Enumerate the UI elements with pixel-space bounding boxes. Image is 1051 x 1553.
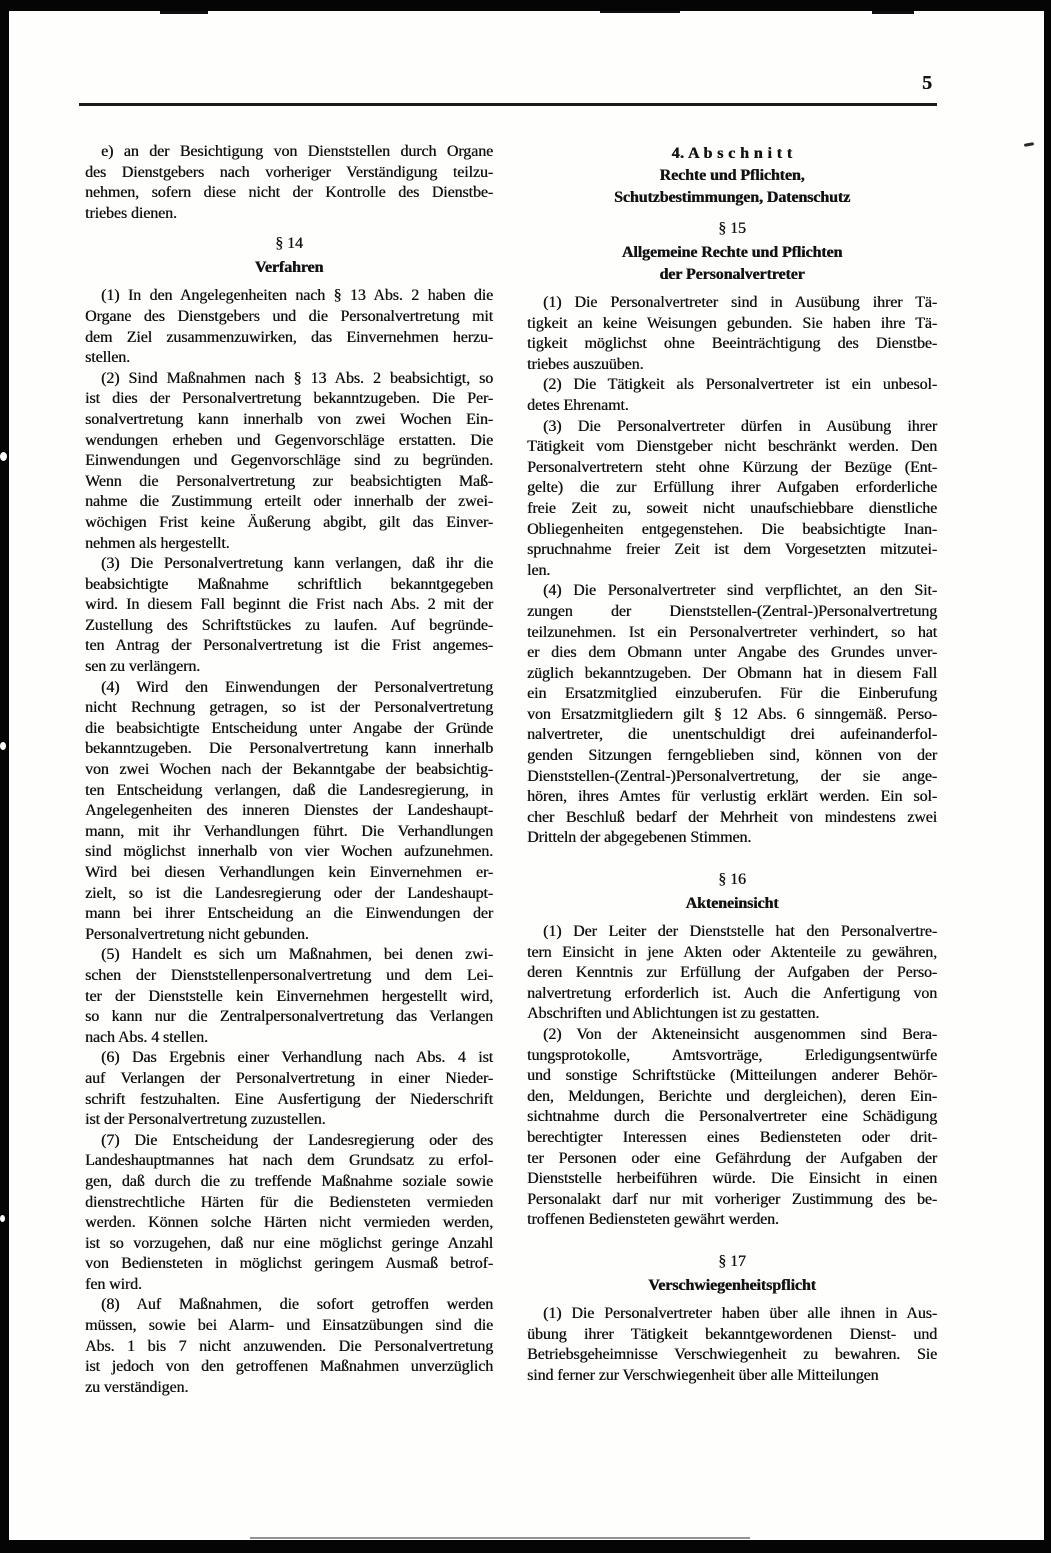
text-line: ist dies der Personalvertretung bekanntz… — [85, 389, 493, 410]
section-title: Akteneinsicht — [527, 893, 937, 915]
left-column: e) an der Besichtigung von Dienststellen… — [85, 142, 493, 1398]
text-line: sonalvertretung kann innerhalb von zwei … — [85, 410, 493, 431]
text-line: den, Meldungen, Berichte und dergleichen… — [527, 1087, 937, 1108]
text-line: ten Antrag der Personalvertretung ist di… — [85, 636, 493, 657]
scan-speck — [872, 11, 914, 14]
scan-speck — [160, 11, 208, 14]
text-line: wöchigen Frist keine Äußerung abgibt, gi… — [85, 513, 493, 534]
paragraph: (4) Die Personalvertreter sind verpflich… — [527, 581, 937, 849]
text-line: ter Personen oder eine Gefährdung der Au… — [527, 1149, 937, 1170]
page-number: 5 — [922, 72, 932, 95]
paragraph: (1) Die Personalvertreter haben über all… — [527, 1304, 937, 1386]
paragraph: (2) Von der Akteneinsicht ausgenommen si… — [527, 1025, 937, 1231]
scan-speck — [600, 11, 680, 13]
scan-notch — [0, 1215, 5, 1222]
text-line: Wird bei diesen Verhandlungen kein Einve… — [85, 863, 493, 884]
text-line: ist jedoch von den getroffenen Maßnahmen… — [85, 1357, 493, 1378]
text-line: Personalvertretern steht ohne Kürzung de… — [527, 458, 937, 479]
scan-notch — [0, 742, 6, 750]
text-line: zungen der Dienststellen-(Zentral-)Perso… — [527, 602, 937, 623]
text-line: mann bei ihrer Entscheidung an die Einwe… — [85, 904, 493, 925]
text-line: von Ersatzmitgliedern gilt § 12 Abs. 6 s… — [527, 705, 937, 726]
text-line: Landeshauptmannes hat nach dem Grundsatz… — [85, 1151, 493, 1172]
text-line: züglich bekanntzugeben. Der Obmann hat i… — [527, 664, 937, 685]
text-line: len. — [527, 561, 937, 582]
scan-notch — [0, 452, 7, 461]
heading-line: Verfahren — [85, 257, 493, 279]
scan-edge-right — [1044, 0, 1051, 1553]
text-line: (2) Die Tätigkeit als Personalvertreter … — [527, 375, 937, 396]
text-line: zu verständigen. — [85, 1378, 493, 1399]
document-page: 5 e) an der Besichtigung von Dienststell… — [0, 0, 1051, 1553]
text-line: detes Ehrenamt. — [527, 396, 937, 417]
text-line: teilzunehmen. Ist ein Personalvertreter … — [527, 623, 937, 644]
text-line: (3) Die Personalvertretung kann verlange… — [85, 554, 493, 575]
text-line: wird. In diesem Fall beginnt die Frist n… — [85, 595, 493, 616]
section-number: § 14 — [85, 233, 493, 255]
section-number: § 17 — [527, 1251, 937, 1273]
paragraph: (8) Auf Maßnahmen, die sofort getroffen … — [85, 1295, 493, 1398]
text-line: gelte) die zur Erfüllung ihrer Aufgaben … — [527, 478, 937, 499]
text-line: Personalvertretung nicht gebunden. — [85, 925, 493, 946]
section-title: Rechte und Pflichten,Schutzbestimmungen,… — [527, 165, 937, 209]
text-line: (7) Die Entscheidung der Landesregierung… — [85, 1131, 493, 1152]
text-line: wendungen erheben und Gegenvorschläge er… — [85, 431, 493, 452]
paragraph: e) an der Besichtigung von Dienststellen… — [85, 142, 493, 224]
text-line: sind möglichst innerhalb von vier Wochen… — [85, 842, 493, 863]
paragraph: (4) Wird den Einwendungen der Personalve… — [85, 678, 493, 946]
text-line: werden. Können solche Härten nicht vermi… — [85, 1213, 493, 1234]
text-line: auf Verlangen der Personalvertretung in … — [85, 1069, 493, 1090]
text-line: schrift festzuhalten. Eine Ausfertigung … — [85, 1090, 493, 1111]
text-line: sind ferner zur Verschwiegenheit über al… — [527, 1366, 937, 1387]
text-line: hören, ihres Amtes für verlustig erklärt… — [527, 787, 937, 808]
text-line: triebes auszuüben. — [527, 355, 937, 376]
text-line: ten Entscheidung verlangen, daß die Land… — [85, 781, 493, 802]
text-line: schen der Dienststellenpersonalvertretun… — [85, 966, 493, 987]
text-line: so kann nur die Zentralpersonalvertretun… — [85, 1007, 493, 1028]
text-line: nalvertretung erforderlich ist. Auch die… — [527, 984, 937, 1005]
text-line: Personalakt darf nur mit vorheriger Zust… — [527, 1190, 937, 1211]
text-line: Betriebsgeheimnisse Verschwiegenheit zu … — [527, 1345, 937, 1366]
text-line: übung ihrer Tätigkeit bekanntgewordenen … — [527, 1325, 937, 1346]
text-line: nicht Rechnung getragen, so ist der Pers… — [85, 698, 493, 719]
text-line: Abs. 1 bis 7 nicht anzuwenden. Die Perso… — [85, 1337, 493, 1358]
heading-line: Schutzbestimmungen, Datenschutz — [527, 187, 937, 209]
text-line: Abschriften und Ablichtungen ist zu gest… — [527, 1004, 937, 1025]
text-line: (8) Auf Maßnahmen, die sofort getroffen … — [85, 1295, 493, 1316]
chapter-heading: 4. A b s c h n i t t — [527, 142, 937, 165]
text-line: und sonstige Schriftstücke (Mitteilungen… — [527, 1066, 937, 1087]
paragraph: (2) Die Tätigkeit als Personalvertreter … — [527, 375, 937, 416]
text-line: von zwei Wochen nach der Bekanntgabe der… — [85, 760, 493, 781]
text-line: ein Ersatzmitglied einzuberufen. Für die… — [527, 684, 937, 705]
paragraph: (3) Die Personalvertreter dürfen in Ausü… — [527, 417, 937, 582]
text-line: mann, mit ihr Verhandlungen führt. Die V… — [85, 822, 493, 843]
text-line: er dies dem Obmann unter Angabe des Grun… — [527, 643, 937, 664]
text-line: (1) Die Personalvertreter sind in Ausübu… — [527, 293, 937, 314]
text-line: cher Beschluß bedarf der Mehrheit von mi… — [527, 808, 937, 829]
text-line: (1) Der Leiter der Dienststelle hat den … — [527, 922, 937, 943]
text-line: triebes dienen. — [85, 204, 493, 225]
scan-speck — [250, 1537, 750, 1539]
scan-edge-top — [0, 0, 1051, 11]
paragraph: (2) Sind Maßnahmen nach § 13 Abs. 2 beab… — [85, 369, 493, 554]
right-column: 4. A b s c h n i t tRechte und Pflichten… — [527, 142, 937, 1386]
text-line: nach Abs. 4 stellen. — [85, 1028, 493, 1049]
text-line: (5) Handelt es sich um Maßnahmen, bei de… — [85, 945, 493, 966]
text-line: nehmen, sofern diese nicht der Kontrolle… — [85, 183, 493, 204]
text-line: genden Sitzungen ferngeblieben sind, kön… — [527, 746, 937, 767]
text-line: stellen. — [85, 348, 493, 369]
text-line: Dienststelle herbeiführen würde. Die Ein… — [527, 1169, 937, 1190]
text-line: Dritteln der abgegebenen Stimmen. — [527, 828, 937, 849]
text-line: tern Einsicht in jene Akten oder Aktente… — [527, 943, 937, 964]
heading-line: Allgemeine Rechte und Pflichten — [527, 242, 937, 264]
text-line: ist der Personalvertretung zuzustellen. — [85, 1110, 493, 1131]
text-line: (1) Die Personalvertreter haben über all… — [527, 1304, 937, 1325]
text-line: (3) Die Personalvertreter dürfen in Ausü… — [527, 417, 937, 438]
text-line: ter der Dienststelle kein Einvernehmen h… — [85, 987, 493, 1008]
text-line: tungsprotokolle, Amtsvorträge, Erledigun… — [527, 1046, 937, 1067]
heading-line: Akteneinsicht — [527, 893, 937, 915]
paragraph: (3) Die Personalvertretung kann verlange… — [85, 554, 493, 678]
scan-edge-bottom — [0, 1540, 1051, 1553]
heading-line: Verschwiegenheitspflicht — [527, 1275, 937, 1297]
header-rule — [79, 103, 937, 106]
text-line: tigkeit möglichst ohne Beeinträchtigung … — [527, 334, 937, 355]
paragraph: (1) Die Personalvertreter sind in Ausübu… — [527, 293, 937, 375]
text-line: müssen, sowie bei Alarm- und Einsatzübun… — [85, 1316, 493, 1337]
section-title: Verschwiegenheitspflicht — [527, 1275, 937, 1297]
text-line: Organe des Dienstgebers und die Personal… — [85, 307, 493, 328]
heading-line: der Personalvertreter — [527, 264, 937, 286]
section-number: § 16 — [527, 869, 937, 891]
text-line: Dienststellen-(Zentral-)Personalvertretu… — [527, 767, 937, 788]
section-number: § 15 — [527, 218, 937, 240]
text-line: fen wird. — [85, 1275, 493, 1296]
text-line: deren Kenntnis zur Erfüllung der Aufgabe… — [527, 963, 937, 984]
text-line: dienstrechtliche Härten für die Bedienst… — [85, 1193, 493, 1214]
text-line: troffenen Bediensteten gewährt werden. — [527, 1210, 937, 1231]
section-title: Allgemeine Rechte und Pflichtender Perso… — [527, 242, 937, 286]
text-line: (2) Von der Akteneinsicht ausgenommen si… — [527, 1025, 937, 1046]
text-line: sen zu verlängern. — [85, 657, 493, 678]
text-line: des Dienstgebers nach vorheriger Verstän… — [85, 163, 493, 184]
text-line: (2) Sind Maßnahmen nach § 13 Abs. 2 beab… — [85, 369, 493, 390]
text-line: die beabsichtigte Entscheidung unter Ang… — [85, 719, 493, 740]
text-line: Obliegenheiten entgegenstehen. Die beabs… — [527, 520, 937, 541]
text-line: nalvertreter, die unentschuldigt drei au… — [527, 725, 937, 746]
text-line: ist so vorzugehen, daß nur eine möglichs… — [85, 1234, 493, 1255]
text-line: sichtnahme durch die Personalvertreter e… — [527, 1107, 937, 1128]
text-line: (4) Die Personalvertreter sind verpflich… — [527, 581, 937, 602]
text-line: Zustellung des Schriftstückes zu laufen.… — [85, 616, 493, 637]
text-line: zielt, so ist die Landesregierung oder d… — [85, 884, 493, 905]
paragraph: (1) Der Leiter der Dienststelle hat den … — [527, 922, 937, 1025]
text-line: Wenn die Personalvertretung zur beabsich… — [85, 472, 493, 493]
text-line: nahme die Zustimmung erteilt oder innerh… — [85, 492, 493, 513]
text-line: (4) Wird den Einwendungen der Personalve… — [85, 678, 493, 699]
text-line: Angelegenheiten des inneren Dienstes der… — [85, 801, 493, 822]
text-line: freie Zeit zu, soweit nicht unaufschiebb… — [527, 499, 937, 520]
paragraph: (6) Das Ergebnis einer Verhandlung nach … — [85, 1048, 493, 1130]
paragraph: (1) In den Angelegenheiten nach § 13 Abs… — [85, 286, 493, 368]
text-line: von Bediensteten in möglichst geringem A… — [85, 1254, 493, 1275]
text-line: spruchnahme freier Zeit ist dem Vorgeset… — [527, 540, 937, 561]
text-line: beabsichtigte Maßnahme schriftlich bekan… — [85, 575, 493, 596]
text-line: (1) In den Angelegenheiten nach § 13 Abs… — [85, 286, 493, 307]
text-line: dem Ziel zusammenzuwirken, das Einverneh… — [85, 328, 493, 349]
text-line: berechtigter Interessen eines Bedienstet… — [527, 1128, 937, 1149]
text-line: (6) Das Ergebnis einer Verhandlung nach … — [85, 1048, 493, 1069]
paragraph: (7) Die Entscheidung der Landesregierung… — [85, 1131, 493, 1296]
heading-line: Rechte und Pflichten, — [527, 165, 937, 187]
text-line: nehmen als hergestellt. — [85, 534, 493, 555]
scan-edge-left — [0, 0, 9, 1553]
text-line: bekanntzugeben. Die Personalvertretung k… — [85, 739, 493, 760]
section-title: Verfahren — [85, 257, 493, 279]
paragraph: (5) Handelt es sich um Maßnahmen, bei de… — [85, 945, 493, 1048]
scan-artifact-dash — [1024, 142, 1034, 147]
text-line: Einwendungen und Gegenvorschläge sind zu… — [85, 451, 493, 472]
text-line: gen, daß durch die zu treffende Maßnahme… — [85, 1172, 493, 1193]
text-line: e) an der Besichtigung von Dienststellen… — [85, 142, 493, 163]
text-line: tigkeit an keine Weisungen gebunden. Sie… — [527, 314, 937, 335]
text-line: Tätigkeit vom Dienstgeber nicht beschrän… — [527, 437, 937, 458]
